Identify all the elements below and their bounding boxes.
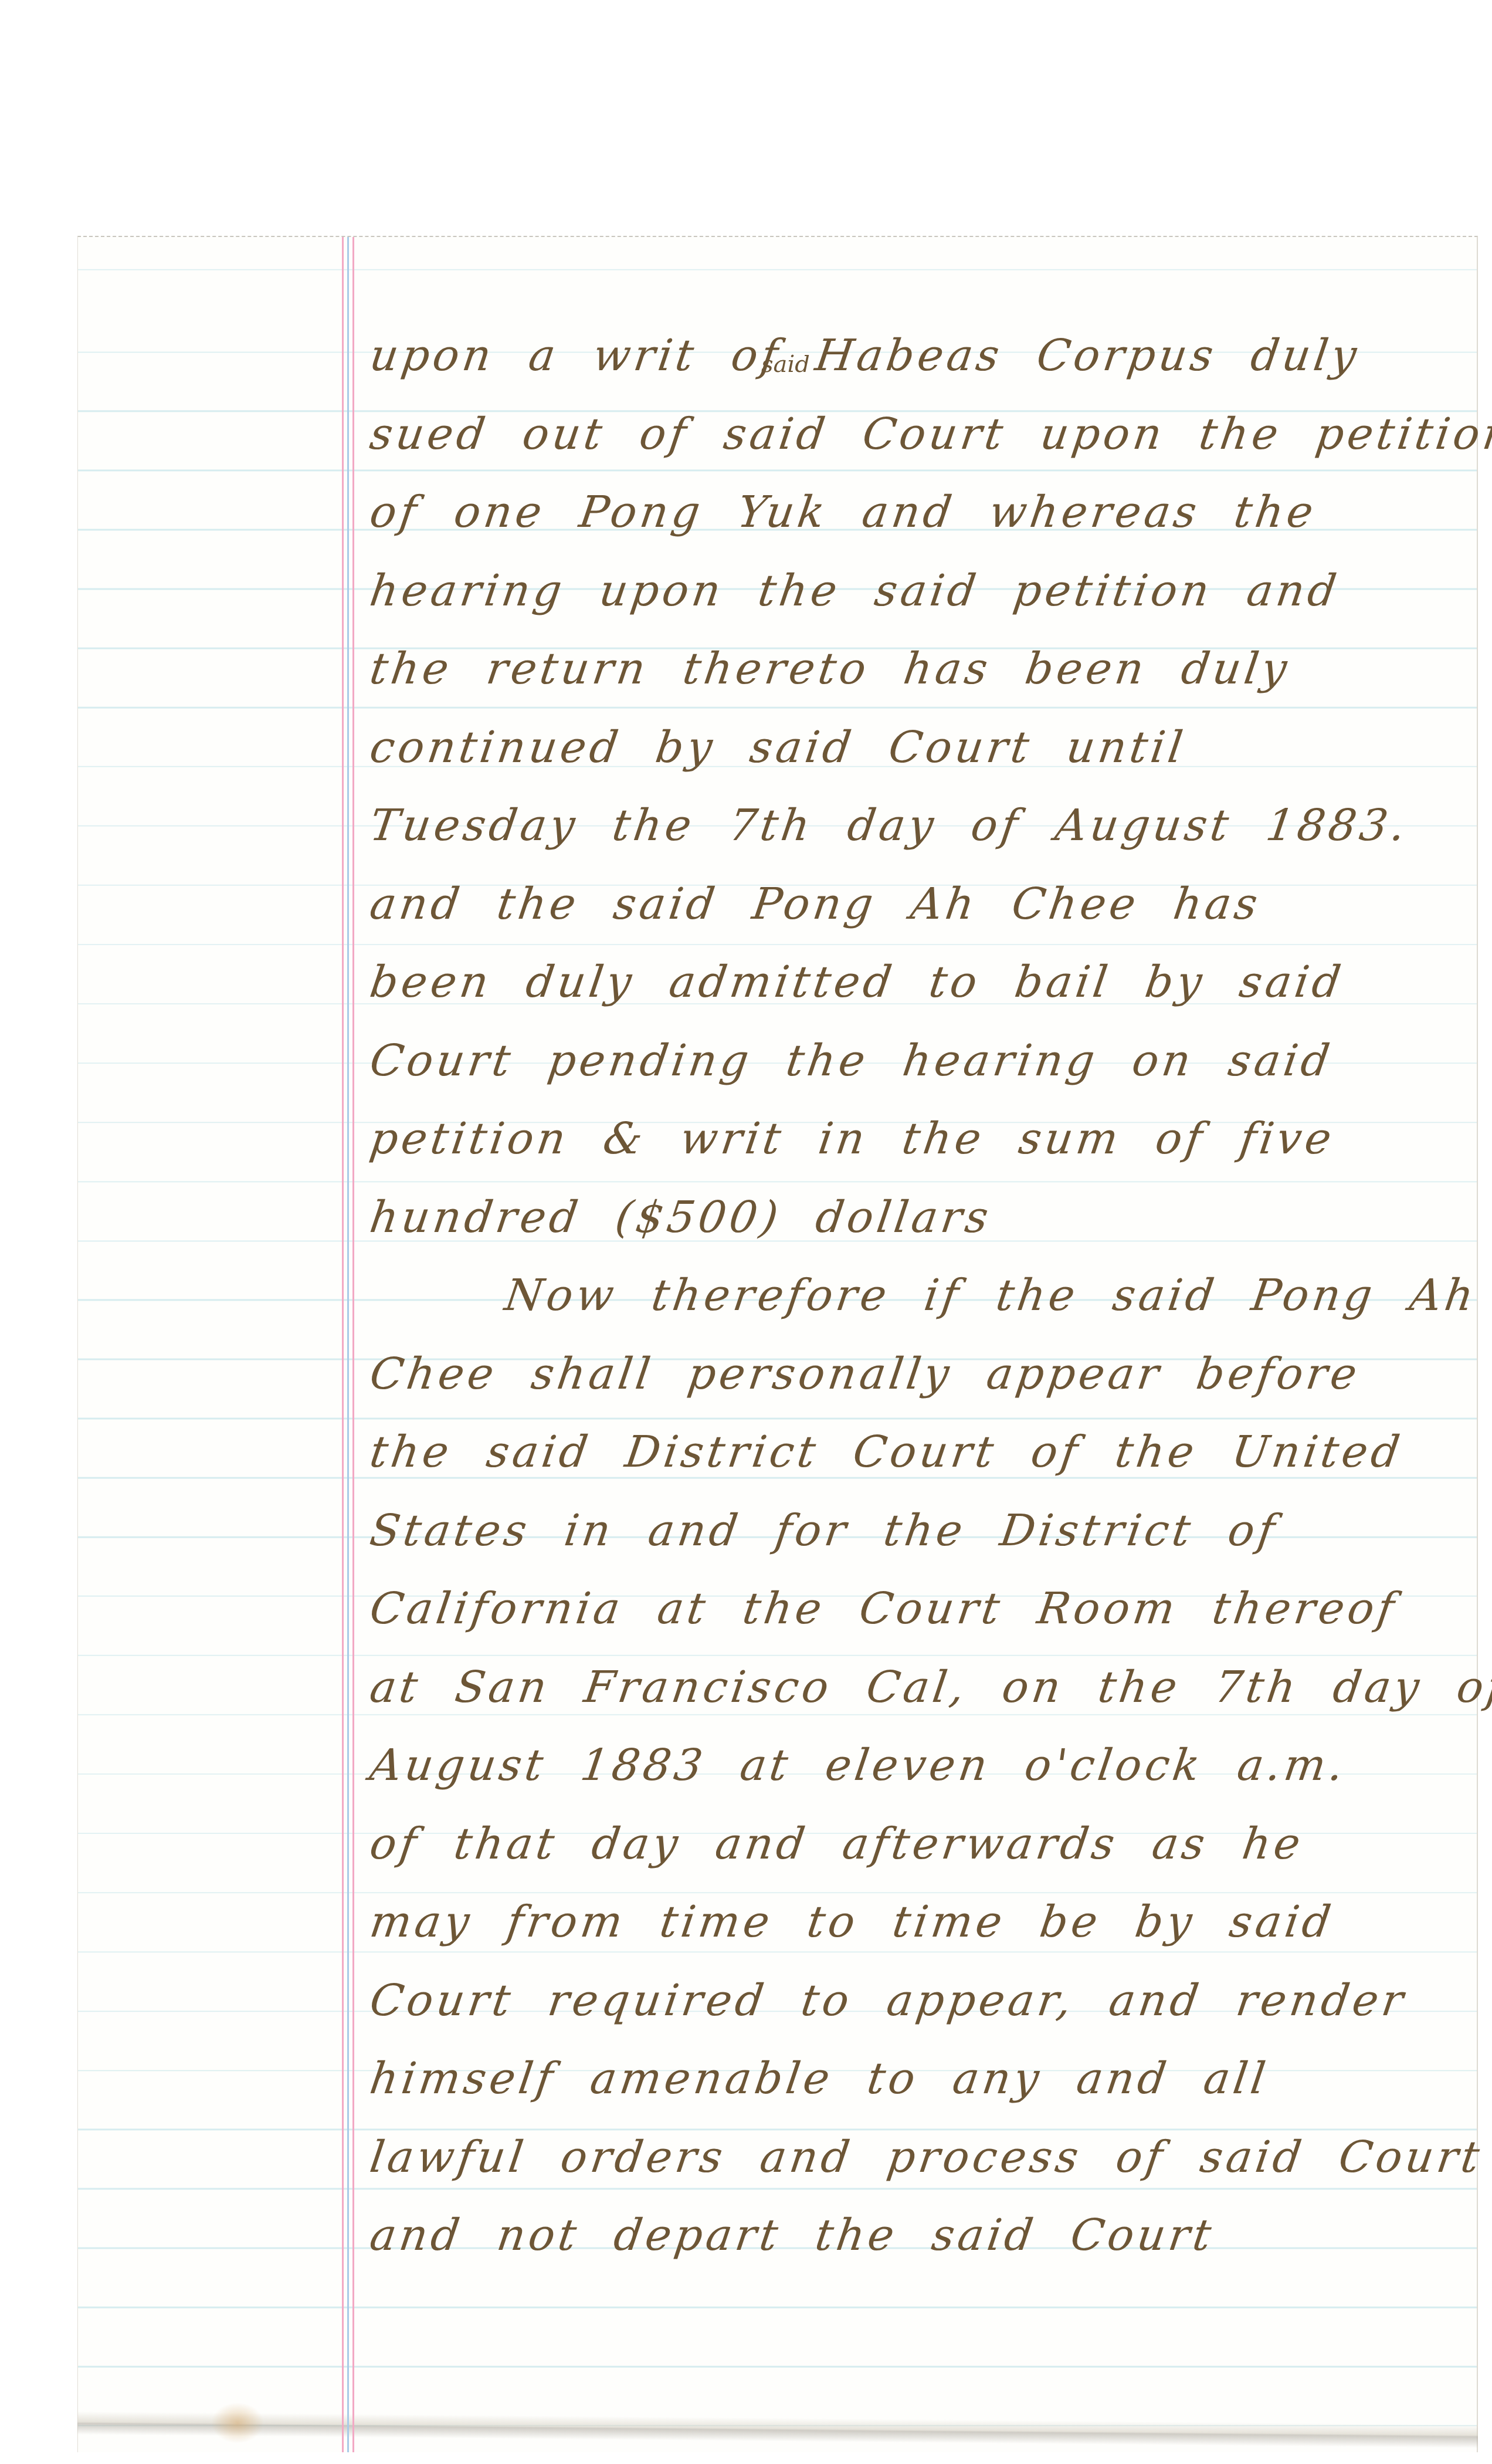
- text-line-22: Court required to appear, and render: [365, 1962, 1484, 2040]
- margin-rule-blue: [347, 237, 349, 2452]
- text-line-15: the said District Court of the United: [365, 1413, 1484, 1492]
- margin-rule-pink-left: [342, 237, 344, 2452]
- text-line-5: the return thereto has been duly: [365, 630, 1484, 709]
- text-line-14: Chee shall personally appear before: [365, 1335, 1484, 1414]
- text-line-21: may from time to time be by said: [365, 1883, 1484, 1962]
- text-line-2: sued out of said Court upon the petition: [365, 395, 1484, 474]
- text-line-25: and not depart the said Court: [365, 2196, 1484, 2275]
- text-line-20: of that day and afterwards as he: [365, 1805, 1484, 1884]
- margin-rule-pink-right: [352, 237, 354, 2452]
- text-line-17: California at the Court Room thereof: [365, 1570, 1484, 1649]
- text-line-1: upon a writ of Habeas Corpus duly: [365, 317, 1484, 395]
- text-line-13-paragraph-start: Now therefore if the said Pong Ah: [365, 1257, 1484, 1335]
- text-line-10: Court pending the hearing on said: [365, 1022, 1484, 1101]
- text-line-8: and the said Pong Ah Chee has: [365, 865, 1484, 944]
- text-line-18: at San Francisco Cal, on the 7th day of: [365, 1649, 1484, 1727]
- rust-stain: [211, 2402, 264, 2443]
- text-line-19: August 1883 at eleven o'clock a.m.: [365, 1727, 1484, 1805]
- text-line-6: continued by said Court until: [365, 709, 1484, 787]
- text-line-12: hundred ($500) dollars: [365, 1179, 1484, 1257]
- text-line-24: lawful orders and process of said Court: [365, 2118, 1484, 2197]
- handwritten-text-body: upon a writ of Habeas Corpus duly sued o…: [365, 317, 1473, 2275]
- text-line-4: hearing upon the said petition and: [365, 552, 1484, 631]
- text-line-7: Tuesday the 7th day of August 1883.: [365, 787, 1484, 865]
- text-line-9: been duly admitted to bail by said: [365, 943, 1484, 1022]
- text-line-11: petition & writ in the sum of five: [365, 1100, 1484, 1179]
- text-line-23: himself amenable to any and all: [365, 2040, 1484, 2118]
- text-line-16: States in and for the District of: [365, 1492, 1484, 1571]
- text-line-3: of one Pong Yuk and whereas the: [365, 473, 1484, 552]
